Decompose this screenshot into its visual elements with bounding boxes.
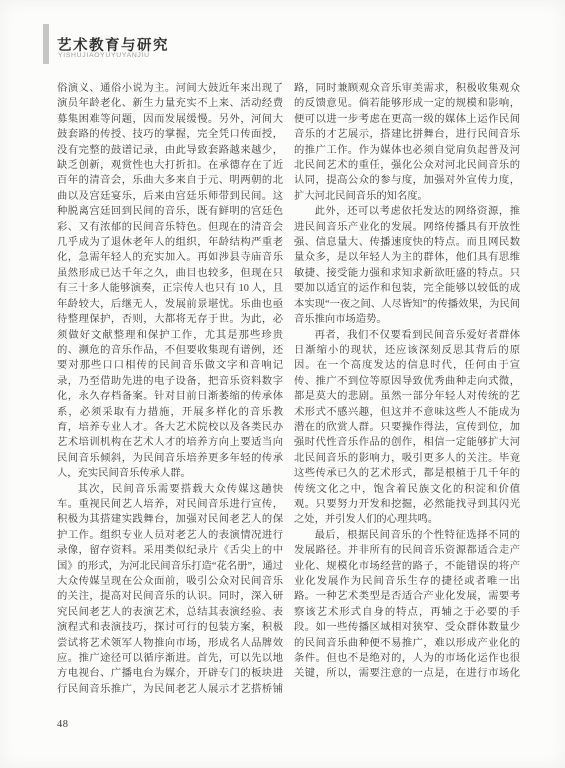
body-paragraph: 俗演义、通俗小说为主。河间大鼓近年来出现了演员年龄老化、新生力量充实不上来、活动… — [57, 81, 283, 482]
body-paragraph: 再者，我们不仅要看到民间音乐爱好者群体日渐缩小的现状，还应该深刻反思其背后的原因… — [294, 328, 520, 528]
body-paragraph: 此外，还可以考虑依托发达的网络资源，推进民间音乐产业化的发展。网络传播具有开放性… — [294, 204, 520, 327]
journal-page: 艺术教育与研究 YISHUJIAOYUYUYANJIU 俗演义、通俗小说为主。河… — [0, 0, 565, 768]
article-body: 俗演义、通俗小说为主。河间大鼓近年来出现了演员年龄老化、新生力量充实不上来、活动… — [57, 81, 520, 703]
journal-title-pinyin: YISHUJIAOYUYUYANJIU — [58, 52, 150, 59]
page-number: 48 — [57, 719, 69, 730]
header-accent-bar — [43, 24, 49, 64]
